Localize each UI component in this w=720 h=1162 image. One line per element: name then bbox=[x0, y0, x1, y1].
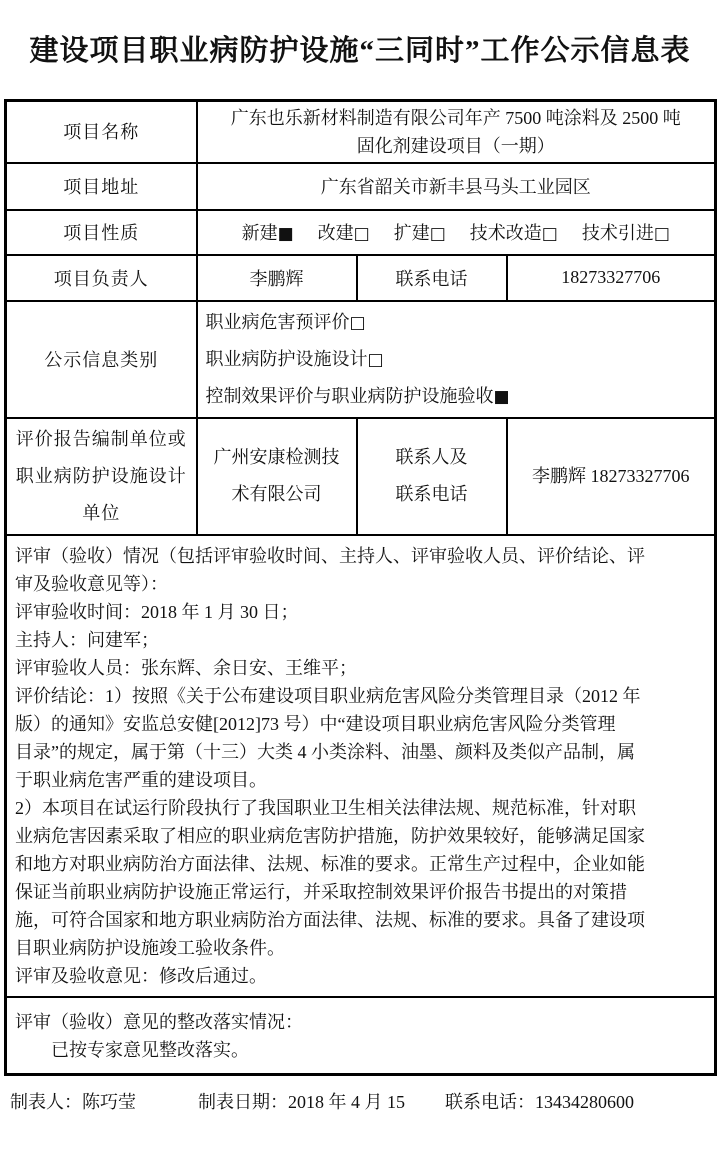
project-name-line-2: 固化剂建设项目（一期） bbox=[206, 132, 707, 160]
review-line: 目职业病防护设施竣工验收条件。 bbox=[15, 934, 706, 962]
footer-date: 制表日期：2018 年 4 月 15 bbox=[198, 1088, 405, 1114]
review-status-text: 评审（验收）情况（包括评审验收时间、主持人、评审验收人员、评价结论、评 审及验收… bbox=[6, 535, 716, 997]
option-rebuild: 改建□ bbox=[318, 219, 370, 245]
checkbox-effect-acceptance-checked[interactable]: ■ bbox=[494, 387, 510, 407]
row-rectification: 评审（验收）意见的整改落实情况： 已按专家意见整改落实。 bbox=[6, 997, 716, 1075]
project-manager-name: 李鹏辉 bbox=[197, 255, 357, 301]
agency-name: 广州安康检测技 术有限公司 bbox=[197, 418, 357, 535]
review-line: 于职业病危害严重的建设项目。 bbox=[15, 766, 706, 794]
review-line: 和地方对职业病防治方面法律、法规、标准的要求。正常生产过程中，企业如能 bbox=[15, 850, 706, 878]
footer-date-value: 2018 年 4 月 15 bbox=[288, 1092, 405, 1112]
checkbox-pre-evaluation[interactable]: □ bbox=[350, 313, 366, 333]
option-rebuild-label: 改建 bbox=[318, 223, 354, 243]
publicity-info-table: 项目名称 广东也乐新材料制造有限公司年产 7500 吨涂料及 2500 吨 固化… bbox=[4, 99, 717, 1077]
agency-label-line-3: 单位 bbox=[15, 495, 188, 532]
agency-contact-label: 联系人及 联系电话 bbox=[357, 418, 507, 535]
review-line: 评审验收时间：2018 年 1 月 30 日； bbox=[15, 598, 706, 626]
project-nature-label: 项目性质 bbox=[6, 210, 197, 255]
review-line: 业病危害因素采取了相应的职业病危害防护措施，防护效果较好，能够满足国家 bbox=[15, 822, 706, 850]
document-page: 建设项目职业病防护设施“三同时”工作公示信息表 项目名称 广东也乐新材料制造有限… bbox=[0, 0, 720, 1162]
project-address-label: 项目地址 bbox=[6, 163, 197, 210]
rectification-cell: 评审（验收）意见的整改落实情况： 已按专家意见整改落实。 bbox=[6, 997, 716, 1075]
option-facility-design: 职业病防护设施设计□ bbox=[206, 341, 707, 378]
row-project-manager: 项目负责人 李鹏辉 联系电话 18273327706 bbox=[6, 255, 716, 301]
project-manager-label: 项目负责人 bbox=[6, 255, 197, 301]
manager-phone-label: 联系电话 bbox=[357, 255, 507, 301]
agency-contact-label-line-2: 联系电话 bbox=[366, 476, 498, 513]
info-category-options: 职业病危害预评价□ 职业病防护设施设计□ 控制效果评价与职业病防护设施验收■ bbox=[197, 301, 716, 418]
option-facility-design-label: 职业病防护设施设计 bbox=[206, 349, 368, 369]
project-name-label: 项目名称 bbox=[6, 100, 197, 163]
review-line: 目录”的规定，属于第（十三）大类 4 小类涂料、油墨、颜料及类似产品制，属 bbox=[15, 738, 706, 766]
checkbox-facility-design[interactable]: □ bbox=[368, 350, 384, 370]
review-line: 审及验收意见等）： bbox=[15, 570, 706, 598]
option-tech-renovation-label: 技术改造 bbox=[470, 223, 542, 243]
manager-phone-value: 18273327706 bbox=[507, 255, 716, 301]
option-tech-renovation: 技术改造□ bbox=[470, 219, 558, 245]
agency-contact-label-line-1: 联系人及 bbox=[366, 439, 498, 476]
option-tech-import: 技术引进□ bbox=[582, 219, 670, 245]
review-line: 保证当前职业病防护设施正常运行，并采取控制效果评价报告书提出的对策措 bbox=[15, 878, 706, 906]
agency-label-line-2: 职业病防护设施设计 bbox=[15, 458, 188, 495]
row-project-name: 项目名称 广东也乐新材料制造有限公司年产 7500 吨涂料及 2500 吨 固化… bbox=[6, 100, 716, 163]
review-line: 评价结论：1）按照《关于公布建设项目职业病危害风险分类管理目录（2012 年 bbox=[15, 682, 706, 710]
checkbox-rebuild[interactable]: □ bbox=[354, 224, 370, 244]
footer-phone: 联系电话：13434280600 bbox=[445, 1088, 634, 1114]
footer-phone-value: 13434280600 bbox=[535, 1092, 634, 1112]
option-new-construction: 新建■ bbox=[242, 219, 294, 245]
agency-name-line-2: 术有限公司 bbox=[206, 476, 348, 513]
rectification-title: 评审（验收）意见的整改落实情况： bbox=[15, 1008, 706, 1036]
agency-label: 评价报告编制单位或 职业病防护设施设计 单位 bbox=[6, 418, 197, 535]
agency-label-line-1: 评价报告编制单位或 bbox=[15, 421, 188, 458]
option-pre-evaluation: 职业病危害预评价□ bbox=[206, 304, 707, 341]
footer-preparer: 制表人：陈巧莹 bbox=[10, 1088, 136, 1114]
row-review-status: 评审（验收）情况（包括评审验收时间、主持人、评审验收人员、评价结论、评 审及验收… bbox=[6, 535, 716, 997]
project-name-value: 广东也乐新材料制造有限公司年产 7500 吨涂料及 2500 吨 固化剂建设项目… bbox=[197, 100, 716, 163]
info-category-label: 公示信息类别 bbox=[6, 301, 197, 418]
footer-preparer-value: 陈巧莹 bbox=[82, 1092, 136, 1112]
project-address-value: 广东省韶关市新丰县马头工业园区 bbox=[197, 163, 716, 210]
option-pre-evaluation-label: 职业病危害预评价 bbox=[206, 312, 350, 332]
review-line: 版）的通知》安监总安健[2012]73 号）中“建设项目职业病危害风险分类管理 bbox=[15, 710, 706, 738]
agency-name-line-1: 广州安康检测技 bbox=[206, 439, 348, 476]
rectification-content: 已按专家意见整改落实。 bbox=[15, 1036, 706, 1064]
row-info-category: 公示信息类别 职业病危害预评价□ 职业病防护设施设计□ 控制效果评价与职业病防护… bbox=[6, 301, 716, 418]
row-agency: 评价报告编制单位或 职业病防护设施设计 单位 广州安康检测技 术有限公司 联系人… bbox=[6, 418, 716, 535]
project-name-line-1: 广东也乐新材料制造有限公司年产 7500 吨涂料及 2500 吨 bbox=[206, 104, 707, 132]
checkbox-tech-import[interactable]: □ bbox=[654, 224, 670, 244]
option-tech-import-label: 技术引进 bbox=[582, 223, 654, 243]
review-line: 施，可符合国家和地方职业病防治方面法律、法规、标准的要求。具备了建设项 bbox=[15, 906, 706, 934]
footer-preparer-label: 制表人： bbox=[10, 1092, 82, 1112]
option-new-construction-label: 新建 bbox=[242, 223, 278, 243]
agency-contact-value: 李鹏辉 18273327706 bbox=[507, 418, 716, 535]
checkbox-new-construction-checked[interactable]: ■ bbox=[278, 224, 294, 244]
option-expansion-label: 扩建 bbox=[394, 223, 430, 243]
project-nature-options: 新建■ 改建□ 扩建□ 技术改造□ 技术引进□ bbox=[197, 210, 716, 255]
document-title: 建设项目职业病防护设施“三同时”工作公示信息表 bbox=[0, 0, 720, 69]
checkbox-tech-renovation[interactable]: □ bbox=[542, 224, 558, 244]
review-line: 2）本项目在试运行阶段执行了我国职业卫生相关法律法规、规范标准，针对职 bbox=[15, 794, 706, 822]
review-line: 主持人：问建军； bbox=[15, 626, 706, 654]
footer-phone-label: 联系电话： bbox=[445, 1092, 535, 1112]
row-project-nature: 项目性质 新建■ 改建□ 扩建□ 技术改造□ 技术引进□ bbox=[6, 210, 716, 255]
review-line: 评审（验收）情况（包括评审验收时间、主持人、评审验收人员、评价结论、评 bbox=[15, 542, 706, 570]
option-expansion: 扩建□ bbox=[394, 219, 446, 245]
checkbox-expansion[interactable]: □ bbox=[430, 224, 446, 244]
option-effect-acceptance: 控制效果评价与职业病防护设施验收■ bbox=[206, 378, 707, 415]
review-line: 评审验收人员：张东辉、余日安、王维平； bbox=[15, 654, 706, 682]
footer-date-label: 制表日期： bbox=[198, 1092, 288, 1112]
document-footer: 制表人：陈巧莹 制表日期：2018 年 4 月 15 联系电话：13434280… bbox=[10, 1088, 720, 1114]
row-project-address: 项目地址 广东省韶关市新丰县马头工业园区 bbox=[6, 163, 716, 210]
option-effect-acceptance-label: 控制效果评价与职业病防护设施验收 bbox=[206, 386, 494, 406]
review-line: 评审及验收意见：修改后通过。 bbox=[15, 962, 706, 990]
